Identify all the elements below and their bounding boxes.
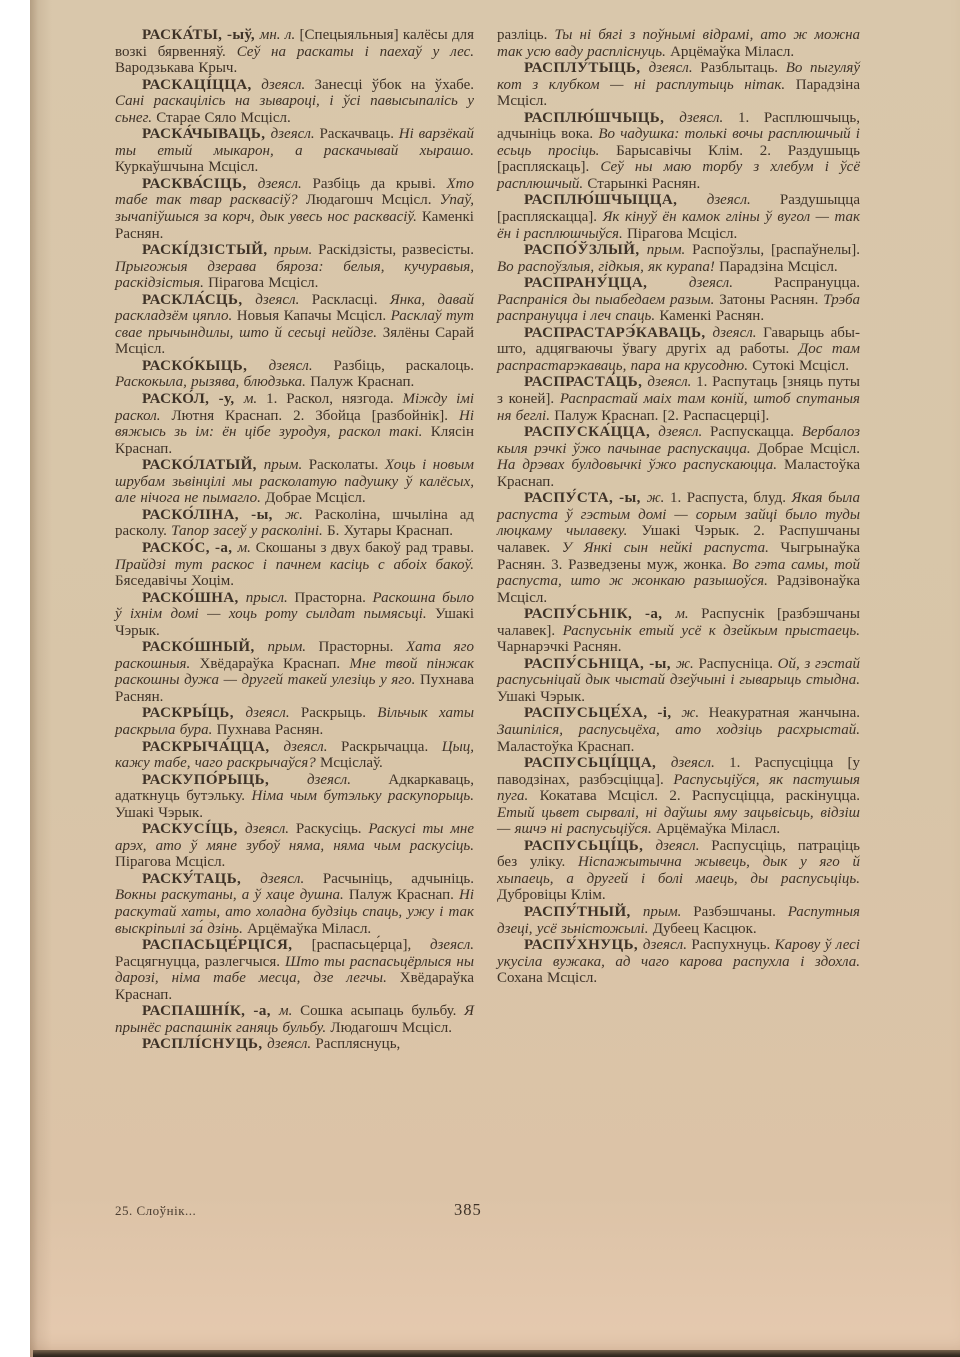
example-or-label-text: дзеясл. <box>643 937 687 953</box>
headword: РАСПУСЬЦЕ́ХА, -і, <box>524 705 681 721</box>
dictionary-entry: РАСКУПО́РЫЦЬ, дзеясл. Адкаркаваць, адатк… <box>115 772 474 822</box>
example-or-label-text: На дрэвах булдовычкі ўжо распускаюцца. <box>497 457 777 473</box>
definition-text: Прасторны. <box>306 639 406 655</box>
dictionary-page-scan: РАСКА́ТЫ, -ыў, мн. л. [Спецыяльныя] калё… <box>0 0 960 1357</box>
headword: РАСКО́С, -а, <box>142 540 238 556</box>
dictionary-entry: РАСКО́ЛІНА, -ы, ж. Расколіна, шчыліна ад… <box>115 507 474 540</box>
dictionary-entry: РАСПЛУ́ТЫЦЬ, дзеясл. Разблытаць. Во пыгу… <box>497 60 860 110</box>
dictionary-entry: РАСКУ́ТАЦЬ, дзеясл. Расчыніць, адчыніць.… <box>115 871 474 937</box>
example-or-label-text: дзеясл. <box>246 705 290 721</box>
headword: РАСКА́ТЫ, -ыў, <box>142 27 260 43</box>
headword: РАСПАСЬЦЕ́РЦІСЯ, <box>142 937 312 953</box>
definition-text: Дубровіцы Клім. <box>497 887 606 903</box>
headword: РАСКО́КЫЦЬ, <box>142 358 269 374</box>
example-or-label-text: Распусьнік етый усё к дзейкым прыстаець. <box>563 623 860 639</box>
definition-text: Дубеец Касцюк. <box>648 921 756 937</box>
example-or-label-text: дзеясл. <box>267 1036 311 1052</box>
example-or-label-text: ж. <box>285 507 303 523</box>
headword: РАСПЛЮ́ШЧЫЦЦА, <box>524 192 707 208</box>
definition-text: Арцёмаўка Міласл. <box>243 921 371 937</box>
example-or-label-text: м. <box>244 391 257 407</box>
headword: РАСКО́ЛІНА, -ы, <box>142 507 285 523</box>
definition-text: Людагошч Мсцісл. <box>298 192 440 208</box>
definition-text: Сошка асыпаць бульбу. <box>292 1003 464 1019</box>
example-or-label-text: Раскокыла, рызява, блюдзька. <box>115 374 306 390</box>
dictionary-entry: РАСКО́ЛАТЫЙ, прым. Расколаты. Хоць і нов… <box>115 457 474 507</box>
example-or-label-text: прым. <box>264 457 302 473</box>
dictionary-entry: РАСКЛА́СЦЬ, дзеясл. Раскласці. Янка, дав… <box>115 292 474 358</box>
example-or-label-text: м. <box>675 606 688 622</box>
definition-text: Сутокі Мсцісл. <box>748 358 849 374</box>
dictionary-entry: РАСКО́С, -а, м. Скошаны з двух бакоў рад… <box>115 540 474 590</box>
headword: РАСКО́ЛАТЫЙ, <box>142 457 264 473</box>
example-or-label-text: м. <box>279 1003 292 1019</box>
example-or-label-text: Прайдзі тут раскос і пачнем касіць с або… <box>115 557 474 573</box>
example-or-label-text: дзеясл. <box>255 292 299 308</box>
definition-text: Пірагова Мсцісл. <box>623 226 738 242</box>
definition-text: Разбэшчаны. <box>681 904 787 920</box>
example-or-label-text: дзеясл. <box>261 77 305 93</box>
dictionary-entry: РАСПУ́СЬНІК, -а, м. Распуснік [разбэшчан… <box>497 606 860 656</box>
dictionary-entry: РАСПЛЮ́ШЧЫЦЬ, дзеясл. 1. Расплюшчыць, ад… <box>497 110 860 193</box>
definition-text: 1. Раскол, нязгода. <box>257 391 402 407</box>
example-or-label-text: дзеясл. <box>271 126 315 142</box>
definition-text: Распрануцца. <box>733 275 860 291</box>
printer-signature: 25. Слоўнік... <box>115 1203 196 1219</box>
definition-text: Распухнуць. <box>687 937 775 953</box>
example-or-label-text: м. <box>238 540 251 556</box>
headword: РАСПУ́ТНЫЙ, <box>524 904 643 920</box>
example-or-label-text: Сеў на раскаты і паехаў у лес. <box>237 44 474 60</box>
dictionary-entry: РАСКО́КЫЦЬ, дзеясл. Разбіць, раскалоць. … <box>115 358 474 391</box>
definition-text: Ушакі Чэрык. <box>115 805 203 821</box>
headword: РАСКА́ЧЫВАЦЬ, <box>142 126 271 142</box>
example-or-label-text: Німа чым бутэльку раскупорыць. <box>252 788 475 804</box>
dictionary-entry: РАСПАШНІ́К, -а, м. Сошка асыпаць бульбу.… <box>115 1003 474 1036</box>
headword: РАСКІ́ДЗІСТЫЙ, <box>142 242 274 258</box>
definition-text: Палуж Краснап. [2. Распасцерці]. <box>550 408 769 424</box>
example-or-label-text: дзеясл. <box>707 192 751 208</box>
definition-text: Раскідзісты, развесісты. <box>312 242 474 258</box>
example-or-label-text: Тапор засеў у расколіні. <box>171 523 323 539</box>
definition-text: Скошаны з двух бакоў рад травы. <box>251 540 474 556</box>
definition-text: Хвёдараўка Краснап. <box>190 656 349 672</box>
dictionary-entry: РАСКО́ШНЫЙ, прым. Прасторны. Хата яго ра… <box>115 639 474 705</box>
definition-text: Раскачваць. <box>315 126 399 142</box>
definition-text: Расчыніць, адчыніць. <box>304 871 474 887</box>
definition-text: Раскласці. <box>299 292 390 308</box>
example-or-label-text: дзеясл. <box>283 739 327 755</box>
definition-text: Прасторна. <box>288 590 373 606</box>
definition-text: разліць. <box>497 27 554 43</box>
definition-text: Распоўзлы, [распаўнелы]. <box>685 242 860 258</box>
dictionary-entry: РАСКРЫ́ЦЬ, дзеясл. Раскрыць. Вільчык хат… <box>115 705 474 738</box>
definition-text: Расцягнуцца, разлегчыся. <box>115 954 285 970</box>
headword: РАСПУ́СЬНІЦА, -ы, <box>524 656 676 672</box>
example-or-label-text: ж. <box>681 705 699 721</box>
example-or-label-text: дзеясл. <box>258 176 302 192</box>
page-number: 385 <box>454 1200 482 1220</box>
headword: РАСПЛУ́ТЫЦЬ, <box>524 60 649 76</box>
example-or-label-text: Зашпіліся, распусьцёха, ато ходзіць расх… <box>497 722 860 738</box>
definition-text: 1. Распуста, блуд. <box>664 490 791 506</box>
example-or-label-text: дзеясл. <box>260 871 304 887</box>
definition-text: Арцёмаўка Міласл. <box>652 821 780 837</box>
definition-text: Старынкі Раснян. <box>583 176 700 192</box>
definition-text: Арцёмаўка Міласл. <box>666 44 794 60</box>
example-or-label-text: У Янкі сын нейкі распуста. <box>562 540 769 556</box>
example-or-label-text: дзеясл. <box>658 424 702 440</box>
definition-text: Кокатава Мсцісл. 2. Распусціцца, раскіну… <box>528 788 860 804</box>
definition-text: Палуж Краснап. <box>344 887 459 903</box>
headword: РАСПУ́СЬНІК, -а, <box>524 606 675 622</box>
definition-text: Новыя Капачы Мсцісл. <box>232 308 390 324</box>
definition-text: Вародзькава Крыч. <box>115 60 237 76</box>
example-or-label-text: дзеясл. <box>245 821 289 837</box>
headword: РАСКЛА́СЦЬ, <box>142 292 255 308</box>
dictionary-entry: РАСКО́Л, -у, м. 1. Раскол, нязгода. Міжд… <box>115 391 474 457</box>
example-or-label-text: прым. <box>643 904 681 920</box>
example-or-label-text: дзеясл. <box>671 755 715 771</box>
headword: РАСКО́ШНЫЙ, <box>142 639 268 655</box>
definition-text: Сохана Мсцісл. <box>497 970 597 986</box>
definition-text: Пухнава Раснян. <box>212 722 323 738</box>
headword: РАСКО́ШНА, <box>142 590 246 606</box>
example-or-label-text: дзеясл. <box>307 772 351 788</box>
dictionary-entry: РАСПУ́ХНУЦЬ, дзеясл. Распухнуць. Карову … <box>497 937 860 987</box>
headword: РАСПАШНІ́К, -а, <box>142 1003 279 1019</box>
headword: РАСПРАСТАРЭ́КАВАЦЬ, <box>524 325 713 341</box>
definition-text: Лютня Краснап. 2. Збойца [разбойнік]. <box>161 408 459 424</box>
page-surface: РАСКА́ТЫ, -ыў, мн. л. [Спецыяльныя] калё… <box>30 0 960 1357</box>
definition-text: Распляснуць, <box>311 1036 400 1052</box>
dictionary-entry: РАСКУСІ́ЦЬ, дзеясл. Раскусіць. Раскусі т… <box>115 821 474 871</box>
definition-text: Раскрыць. <box>290 705 378 721</box>
dictionary-entry: РАСКА́ЧЫВАЦЬ, дзеясл. Раскачваць. Ні вар… <box>115 126 474 176</box>
definition-text: Затоны Раснян. <box>714 292 823 308</box>
column-left: РАСКА́ТЫ, -ыў, мн. л. [Спецыяльныя] калё… <box>115 27 474 1053</box>
example-or-label-text: дзеясл. <box>655 838 699 854</box>
dictionary-entry: РАСПУСЬЦІ́ЦЬ, дзеясл. Распусціць, патрац… <box>497 838 860 904</box>
definition-text: Разбіць да крыві. <box>302 176 447 192</box>
definition-text: Б. Хутары Краснап. <box>323 523 453 539</box>
headword: РАСКУСІ́ЦЬ, <box>142 821 245 837</box>
example-or-label-text: Во распоўзлыя, гідкыя, як курапа! <box>497 259 715 275</box>
dictionary-entry: РАСКІ́ДЗІСТЫЙ, прым. Раскідзісты, развес… <box>115 242 474 292</box>
definition-text: Каменкі Раснян. <box>655 308 764 324</box>
definition-text: Людагошч Мсцісл. <box>326 1020 452 1036</box>
headword: РАСПУ́СТА, -ы, <box>524 490 647 506</box>
headword: РАСПЛІ́СНУЦЬ, <box>142 1036 267 1052</box>
headword: РАСПРАСТА́ЦЬ, <box>524 374 647 390</box>
definition-text: Парадзіна Мсцісл. <box>715 259 838 275</box>
definition-text: Раскрычацца. <box>327 739 441 755</box>
definition-text: Чарнарэчкі Раснян. <box>497 639 622 655</box>
definition-text: Разблытаць. <box>693 60 786 76</box>
example-or-label-text: дзеясл. <box>713 325 757 341</box>
definition-text: Добрае Мсцісл. <box>751 441 860 457</box>
definition-text: Добрае Мсцісл. <box>261 490 366 506</box>
definition-text: Старае Сяло Мсцісл. <box>152 110 291 126</box>
headword: РАСПЛЮ́ШЧЫЦЬ, <box>524 110 679 126</box>
definition-text: [распасьце́рца], <box>312 937 430 953</box>
definition-text: Пірагова Мсцісл. <box>115 854 225 870</box>
dictionary-entry: РАСКА́ТЫ, -ыў, мн. л. [Спецыяльныя] калё… <box>115 27 474 77</box>
dictionary-entry: РАСКРЫЧА́ЦЦА, дзеясл. Раскрычацца. Цыц, … <box>115 739 474 772</box>
dictionary-entry: РАСПРАСТА́ЦЬ, дзеясл. 1. Распутаць [зняц… <box>497 374 860 424</box>
example-or-label-text: Вокны раскутаны, а ў хаце душна. <box>115 887 344 903</box>
definition-text: Куркаўшчына Мсцісл. <box>115 159 258 175</box>
dictionary-entry: РАСПУ́СТА, -ы, ж. 1. Распуста, блуд. Яка… <box>497 490 860 606</box>
example-or-label-text: мн. л. <box>260 27 295 43</box>
example-or-label-text: ж. <box>676 656 694 672</box>
headword: РАСПУСКА́ЦЦА, <box>524 424 658 440</box>
example-or-label-text: дзеясл. <box>647 374 691 390</box>
dictionary-entry: РАСПЛЮ́ШЧЫЦЦА, дзеясл. Раздушыцца [распл… <box>497 192 860 242</box>
dictionary-entry: РАСПУ́ТНЫЙ, прым. Разбэшчаны. Распутныя … <box>497 904 860 937</box>
headword: РАСКВА́СІЦЬ, <box>142 176 258 192</box>
definition-text: Неакуратная жанчына. <box>699 705 860 721</box>
headword: РАСПРАНУ́ЦЦА, <box>524 275 689 291</box>
headword: РАСКУПО́РЫЦЬ, <box>142 772 307 788</box>
dictionary-entry: РАСПРАСТАРЭ́КАВАЦЬ, дзеясл. Гаварыць абы… <box>497 325 860 375</box>
column-right: разліць. Ты ні бягі з поўнымі відрамі, а… <box>497 27 860 987</box>
dictionary-entry: РАСПО́ЎЗЛЫЙ, прым. Распоўзлы, [распаўнел… <box>497 242 860 275</box>
example-or-label-text: дзеясл. <box>689 275 733 291</box>
definition-text: Ушакі Чэрык. <box>497 689 585 705</box>
definition-text: Раскусіць. <box>289 821 368 837</box>
definition-text: Расколаты. <box>302 457 385 473</box>
definition-text: Бяседавічы Хоцім. <box>115 573 234 589</box>
example-or-label-text: дзеясл. <box>269 358 313 374</box>
dictionary-entry: РАСПУСЬЦЕ́ХА, -і, ж. Неакуратная жанчына… <box>497 705 860 755</box>
definition-text: Занесці ўбок на ўхабе. <box>305 77 474 93</box>
definition-text: Распусніца. <box>694 656 778 672</box>
headword: РАСКРЫ́ЦЬ, <box>142 705 246 721</box>
dictionary-entry: РАСКВА́СІЦЬ, дзеясл. Разбіць да крыві. Х… <box>115 176 474 242</box>
dictionary-entry: РАСПУСЬЦІ́ЦЦА, дзеясл. 1. Распусціцца [у… <box>497 755 860 838</box>
definition-text: Разбіць, раскалоць. <box>313 358 474 374</box>
example-or-label-text: прым. <box>268 639 306 655</box>
definition-text: Маластоўка Краснап. <box>497 739 634 755</box>
definition-text: Распускацца. <box>702 424 801 440</box>
dictionary-entry: РАСПУ́СЬНІЦА, -ы, ж. Распусніца. Ой, з г… <box>497 656 860 706</box>
example-or-label-text: прым. <box>274 242 312 258</box>
dictionary-entry: РАСПЛІ́СНУЦЬ, дзеясл. Распляснуць, <box>115 1036 474 1053</box>
headword: РАСКРЫЧА́ЦЦА, <box>142 739 283 755</box>
dictionary-entry: разліць. Ты ні бягі з поўнымі відрамі, а… <box>497 27 860 60</box>
example-or-label-text: дзеясл. <box>430 937 474 953</box>
example-or-label-text: Распраніся ды пыабедаем разым. <box>497 292 714 308</box>
dictionary-entry: РАСКАЦІ́ЦЦА, дзеясл. Занесці ўбок на ўха… <box>115 77 474 127</box>
example-or-label-text: прысл. <box>246 590 288 606</box>
headword: РАСПО́ЎЗЛЫЙ, <box>524 242 647 258</box>
headword: РАСКУ́ТАЦЬ, <box>142 871 260 887</box>
example-or-label-text: ж. <box>647 490 665 506</box>
example-or-label-text: прым. <box>647 242 685 258</box>
headword: РАСКАЦІ́ЦЦА, <box>142 77 261 93</box>
book-bottom-edge <box>33 1350 960 1357</box>
example-or-label-text: дзеясл. <box>649 60 693 76</box>
dictionary-entry: РАСПРАНУ́ЦЦА, дзеясл. Распрануцца. Распр… <box>497 275 860 325</box>
definition-text: Мсціслаў. <box>316 755 383 771</box>
definition-text: Палуж Краснап. <box>306 374 414 390</box>
definition-text: Пірагова Мсцісл. <box>204 275 319 291</box>
headword: РАСПУСЬЦІ́ЦЬ, <box>524 838 655 854</box>
dictionary-entry: РАСКО́ШНА, прысл. Прасторна. Раскошна бы… <box>115 590 474 640</box>
headword: РАСКО́Л, -у, <box>142 391 244 407</box>
headword: РАСПУ́ХНУЦЬ, <box>524 937 643 953</box>
dictionary-entry: РАСПАСЬЦЕ́РЦІСЯ, [распасьце́рца], дзеясл… <box>115 937 474 1003</box>
example-or-label-text: дзеясл. <box>679 110 723 126</box>
dictionary-entry: РАСПУСКА́ЦЦА, дзеясл. Распускацца. Верба… <box>497 424 860 490</box>
headword: РАСПУСЬЦІ́ЦЦА, <box>524 755 671 771</box>
